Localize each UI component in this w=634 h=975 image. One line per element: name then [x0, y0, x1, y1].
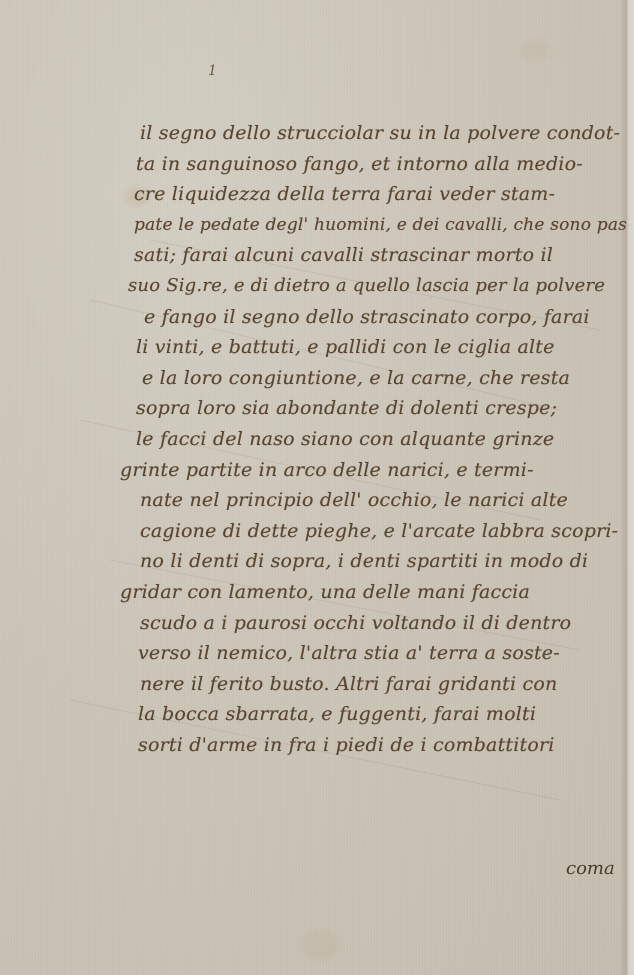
catchword: coma: [566, 858, 615, 879]
text-line: verso il nemico, l'altra stia a' terra a…: [138, 638, 634, 669]
text-line: gridar con lamento, una delle mani facci…: [120, 577, 620, 608]
text-line: nate nel principio dell' occhio, le nari…: [140, 485, 634, 516]
text-line: grinte partite in arco delle narici, e t…: [120, 455, 620, 486]
text-line: cre liquidezza della terra farai veder s…: [134, 179, 634, 210]
text-line: pate le pedate degl' huomini, e dei cava…: [134, 210, 634, 241]
text-line: le facci del naso siano con alquante gri…: [136, 424, 634, 455]
folio-mark: 1: [208, 63, 217, 79]
text-line: suo Sig.re, e di dietro a quello lascia …: [128, 271, 628, 302]
manuscript-page: 1 il segno dello strucciolar su in la po…: [0, 0, 634, 975]
paper-stain: [300, 930, 340, 960]
text-line: e fango il segno dello strascinato corpo…: [144, 302, 634, 333]
text-line: nere il ferito busto. Altri farai gridan…: [140, 669, 634, 700]
text-line: e la loro congiuntione, e la carne, che …: [142, 363, 634, 394]
text-line: la bocca sbarrata, e fuggenti, farai mol…: [138, 699, 634, 730]
text-line: li vinti, e battuti, e pallidi con le ci…: [136, 332, 634, 363]
text-line: il segno dello strucciolar su in la polv…: [140, 118, 634, 149]
text-line: sopra loro sia abondante di dolenti cres…: [136, 393, 634, 424]
text-line: ta in sanguinoso fango, et intorno alla …: [136, 149, 634, 180]
manuscript-text: il segno dello strucciolar su in la polv…: [120, 118, 620, 760]
text-line: sorti d'arme in fra i piedi de i combatt…: [138, 730, 634, 761]
paper-stain: [520, 40, 550, 60]
text-line: cagione di dette pieghe, e l'arcate labb…: [140, 516, 634, 547]
page-binding-edge: [620, 0, 634, 975]
text-line: scudo a i paurosi occhi voltando il di d…: [140, 608, 634, 639]
text-line: sati; farai alcuni cavalli strascinar mo…: [134, 240, 634, 271]
text-line: no li denti di sopra, i denti spartiti i…: [140, 546, 634, 577]
